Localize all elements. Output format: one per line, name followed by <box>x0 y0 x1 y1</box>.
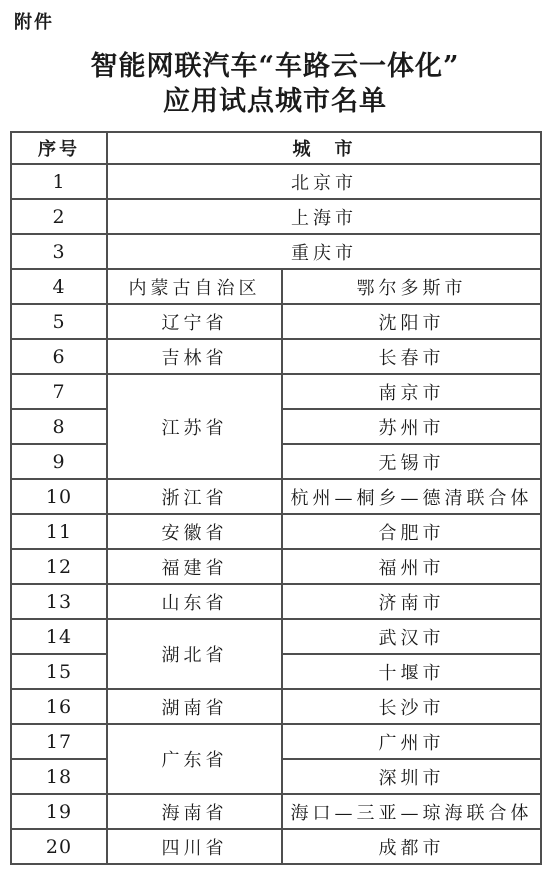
province-cell: 安徽省 <box>107 514 282 549</box>
city-cell: 北京市 <box>107 164 541 199</box>
table-header-row: 序号 城 市 <box>11 132 541 164</box>
row-number-cell: 8 <box>11 409 107 444</box>
header-serial-number: 序号 <box>11 132 107 164</box>
table-row: 2 上海市 <box>11 199 541 234</box>
title-line-1: 智能网联汽车“车路云一体化” <box>0 49 550 84</box>
row-number-cell: 18 <box>11 759 107 794</box>
header-city: 城 市 <box>107 132 541 164</box>
table-row: 16 湖南省 长沙市 <box>11 689 541 724</box>
city-cell: 十堰市 <box>282 654 541 689</box>
table-row: 17 广东省 广州市 <box>11 724 541 759</box>
city-cell: 武汉市 <box>282 619 541 654</box>
city-cell: 广州市 <box>282 724 541 759</box>
province-cell: 湖北省 <box>107 619 282 689</box>
city-cell: 济南市 <box>282 584 541 619</box>
row-number-cell: 19 <box>11 794 107 829</box>
table-row: 12 福建省 福州市 <box>11 549 541 584</box>
attachment-label: 附件 <box>14 8 54 34</box>
city-cell: 福州市 <box>282 549 541 584</box>
city-cell: 南京市 <box>282 374 541 409</box>
row-number-cell: 20 <box>11 829 107 864</box>
row-number-cell: 9 <box>11 444 107 479</box>
table-row: 19 海南省 海口—三亚—琼海联合体 <box>11 794 541 829</box>
city-cell: 重庆市 <box>107 234 541 269</box>
province-cell: 吉林省 <box>107 339 282 374</box>
table-row: 14 湖北省 武汉市 <box>11 619 541 654</box>
row-number-cell: 3 <box>11 234 107 269</box>
city-cell: 沈阳市 <box>282 304 541 339</box>
row-number-cell: 15 <box>11 654 107 689</box>
city-cell: 长沙市 <box>282 689 541 724</box>
table-row: 6 吉林省 长春市 <box>11 339 541 374</box>
city-cell: 苏州市 <box>282 409 541 444</box>
row-number-cell: 14 <box>11 619 107 654</box>
city-cell: 成都市 <box>282 829 541 864</box>
pilot-cities-table: 序号 城 市 1 北京市 2 上海市 3 重庆市 4 内蒙古自治区 鄂尔多斯市 <box>10 131 542 865</box>
province-cell: 海南省 <box>107 794 282 829</box>
row-number-cell: 13 <box>11 584 107 619</box>
city-cell: 鄂尔多斯市 <box>282 269 541 304</box>
province-cell: 江苏省 <box>107 374 282 479</box>
city-cell: 无锡市 <box>282 444 541 479</box>
province-cell: 四川省 <box>107 829 282 864</box>
row-number-cell: 6 <box>11 339 107 374</box>
city-cell: 杭州—桐乡—德清联合体 <box>282 479 541 514</box>
province-cell: 福建省 <box>107 549 282 584</box>
row-number-cell: 12 <box>11 549 107 584</box>
document-title: 智能网联汽车“车路云一体化” 应用试点城市名单 <box>0 49 550 119</box>
row-number-cell: 17 <box>11 724 107 759</box>
city-cell: 上海市 <box>107 199 541 234</box>
province-cell: 辽宁省 <box>107 304 282 339</box>
table-row: 4 内蒙古自治区 鄂尔多斯市 <box>11 269 541 304</box>
city-cell: 长春市 <box>282 339 541 374</box>
row-number-cell: 16 <box>11 689 107 724</box>
title-line-2: 应用试点城市名单 <box>0 84 550 119</box>
province-cell: 山东省 <box>107 584 282 619</box>
province-cell: 广东省 <box>107 724 282 794</box>
row-number-cell: 10 <box>11 479 107 514</box>
city-cell: 深圳市 <box>282 759 541 794</box>
table-row: 1 北京市 <box>11 164 541 199</box>
table-row: 20 四川省 成都市 <box>11 829 541 864</box>
table-row: 3 重庆市 <box>11 234 541 269</box>
table-row: 13 山东省 济南市 <box>11 584 541 619</box>
document-page: 附件 智能网联汽车“车路云一体化” 应用试点城市名单 序号 城 市 1 北京市 … <box>0 0 550 876</box>
city-cell: 合肥市 <box>282 514 541 549</box>
province-cell: 内蒙古自治区 <box>107 269 282 304</box>
table-row: 7 江苏省 南京市 <box>11 374 541 409</box>
province-cell: 浙江省 <box>107 479 282 514</box>
row-number-cell: 4 <box>11 269 107 304</box>
table-row: 5 辽宁省 沈阳市 <box>11 304 541 339</box>
table-row: 11 安徽省 合肥市 <box>11 514 541 549</box>
row-number-cell: 2 <box>11 199 107 234</box>
row-number-cell: 1 <box>11 164 107 199</box>
row-number-cell: 7 <box>11 374 107 409</box>
row-number-cell: 5 <box>11 304 107 339</box>
city-cell: 海口—三亚—琼海联合体 <box>282 794 541 829</box>
row-number-cell: 11 <box>11 514 107 549</box>
province-cell: 湖南省 <box>107 689 282 724</box>
table-row: 10 浙江省 杭州—桐乡—德清联合体 <box>11 479 541 514</box>
